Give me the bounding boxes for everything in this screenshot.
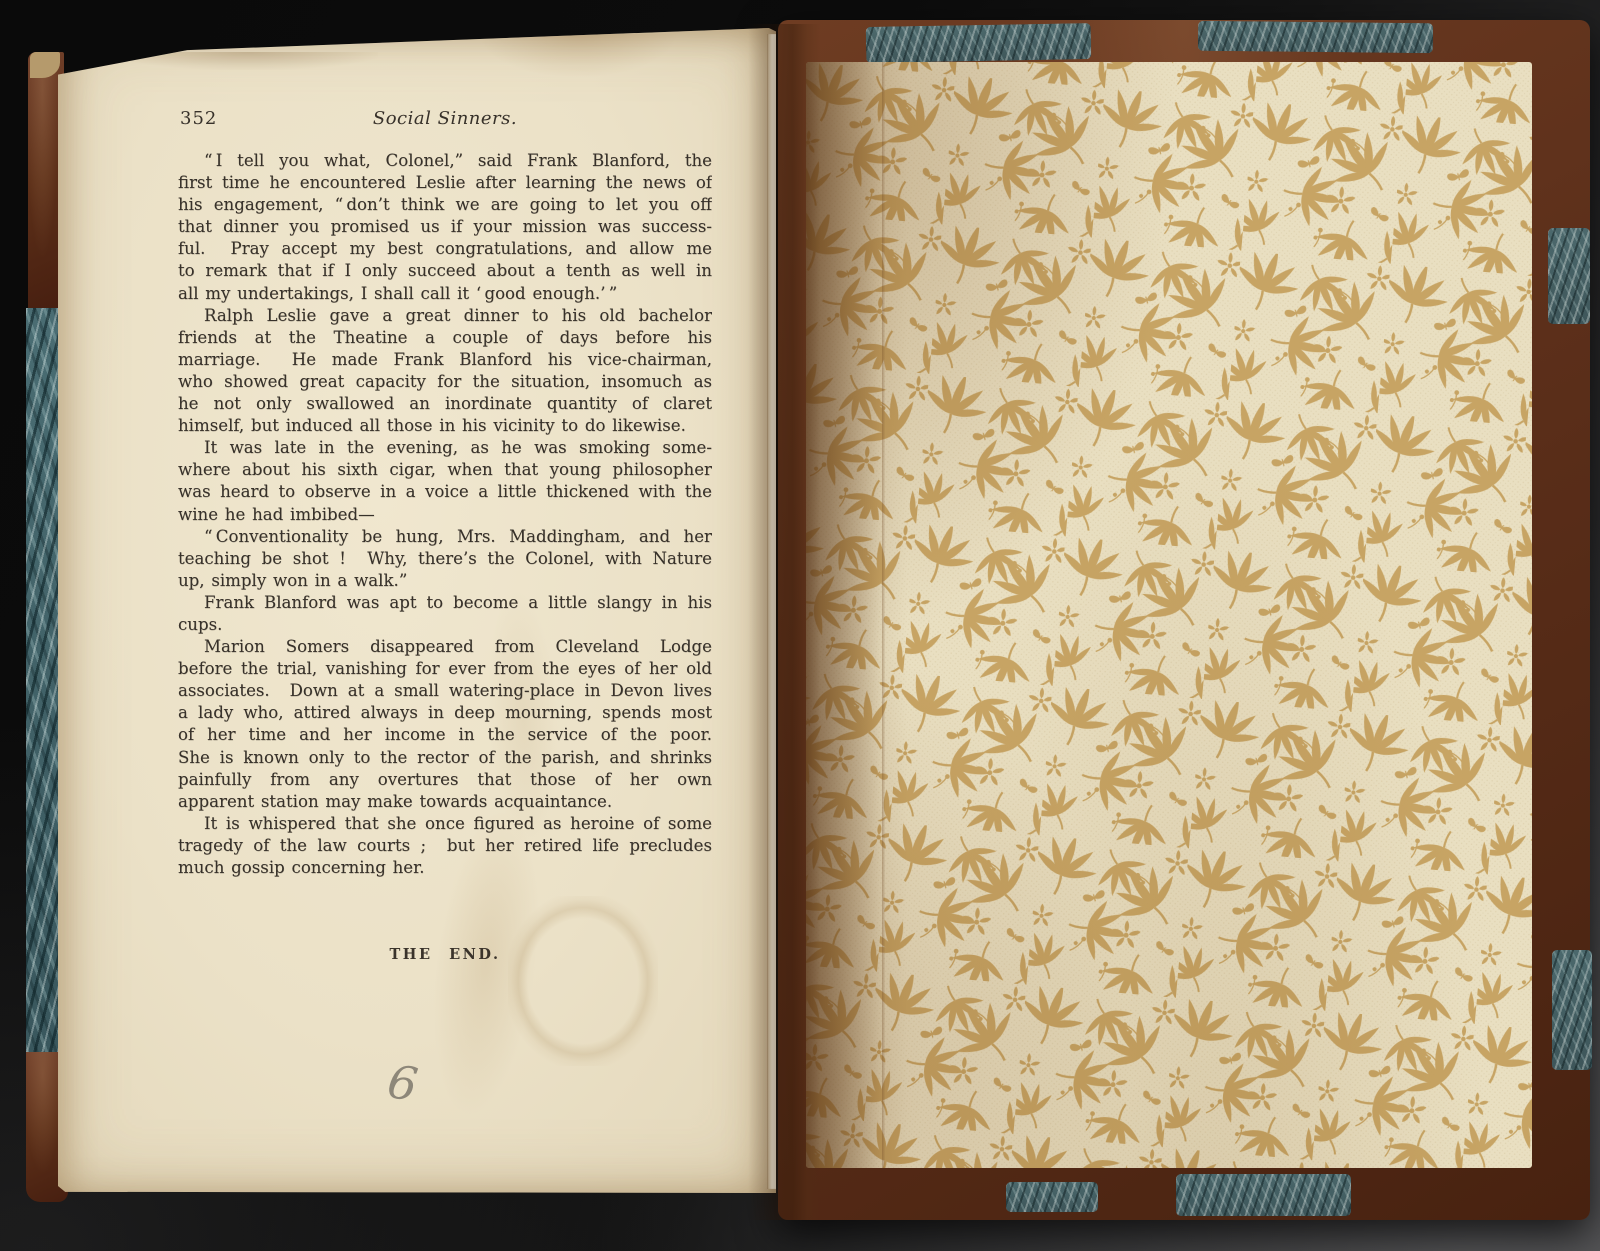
text-line: associates. Down at a small watering-pla… — [178, 680, 712, 702]
stain — [118, 52, 378, 70]
text-line: marriage. He made Frank Blanford his vic… — [178, 349, 712, 371]
text-line: tragedy of the law courts ; but her reti… — [178, 835, 712, 857]
text-line: “ Conventionality be hung, Mrs. Maddingh… — [178, 526, 712, 548]
text-line: wine he had imbibed— — [178, 504, 712, 526]
text-line: who showed great capacity for the situat… — [178, 371, 712, 393]
text-line: Marion Somers disappeared from Cleveland… — [178, 636, 712, 658]
text-line: himself, but induced all those in his vi… — [178, 415, 712, 437]
endpaper-pattern — [806, 62, 1532, 1168]
marbled-paper-patch — [1176, 1174, 1351, 1216]
text-line: She is known only to the rector of the p… — [178, 747, 712, 769]
text-block: “ I tell you what, Colonel,” said Frank … — [178, 150, 712, 879]
text-line: cups. — [178, 614, 712, 636]
book-page: 352 Social Sinners. “ I tell you what, C… — [58, 28, 776, 1193]
text-line: “ I tell you what, Colonel,” said Frank … — [178, 150, 712, 172]
pencil-annotation: 6 — [384, 1054, 421, 1112]
text-line: up, simply won in a walk.” — [178, 570, 712, 592]
photo-scene: 352 Social Sinners. “ I tell you what, C… — [0, 0, 1600, 1251]
text-line: much gossip concerning her. — [178, 857, 712, 879]
text-line: he not only swallowed an inordinate quan… — [178, 393, 712, 415]
text-line: a lady who, attired always in deep mourn… — [178, 702, 712, 724]
marbled-paper-patch — [1548, 228, 1590, 324]
text-line: was heard to observe in a voice a little… — [178, 481, 712, 503]
text-line: ful. Pray accept my best congratulations… — [178, 238, 712, 260]
text-line: where about his sixth cigar, when that y… — [178, 459, 712, 481]
text-line: painfully from any overtures that those … — [178, 769, 712, 791]
text-line: before the trial, vanishing for ever fro… — [178, 658, 712, 680]
text-line: friends at the Theatine a couple of days… — [178, 327, 712, 349]
text-line: to remark that if I only succeed about a… — [178, 260, 712, 282]
text-line: first time he encountered Leslie after l… — [178, 172, 712, 194]
text-line: apparent station may make towards acquai… — [178, 791, 712, 813]
the-end-label: THE END. — [178, 946, 712, 963]
page-edge — [767, 34, 776, 1189]
text-line: his engagement, “ don’t think we are goi… — [178, 194, 712, 216]
stain — [508, 896, 658, 1066]
floral-endpaper — [806, 62, 1532, 1168]
text-line: Frank Blanford was apt to become a littl… — [178, 592, 712, 614]
text-line: that dinner you promised us if your miss… — [178, 216, 712, 238]
stain — [478, 34, 678, 78]
marbled-paper-patch — [1198, 21, 1433, 53]
marbled-paper-patch — [1552, 950, 1592, 1070]
running-header: Social Sinners. — [178, 108, 712, 129]
text-line: of her time and her income in the servic… — [178, 724, 712, 746]
text-line: all my undertakings, I shall call it ‘ g… — [178, 283, 712, 305]
text-line: Ralph Leslie gave a great dinner to his … — [178, 305, 712, 327]
marbled-paper-patch — [866, 23, 1092, 63]
marbled-paper-patch — [1006, 1182, 1098, 1212]
text-line: teaching be shot ! Why, there’s the Colo… — [178, 548, 712, 570]
inside-back-cover — [778, 20, 1590, 1220]
text-line: It is whispered that she once figured as… — [178, 813, 712, 835]
text-line: It was late in the evening, as he was sm… — [178, 437, 712, 459]
